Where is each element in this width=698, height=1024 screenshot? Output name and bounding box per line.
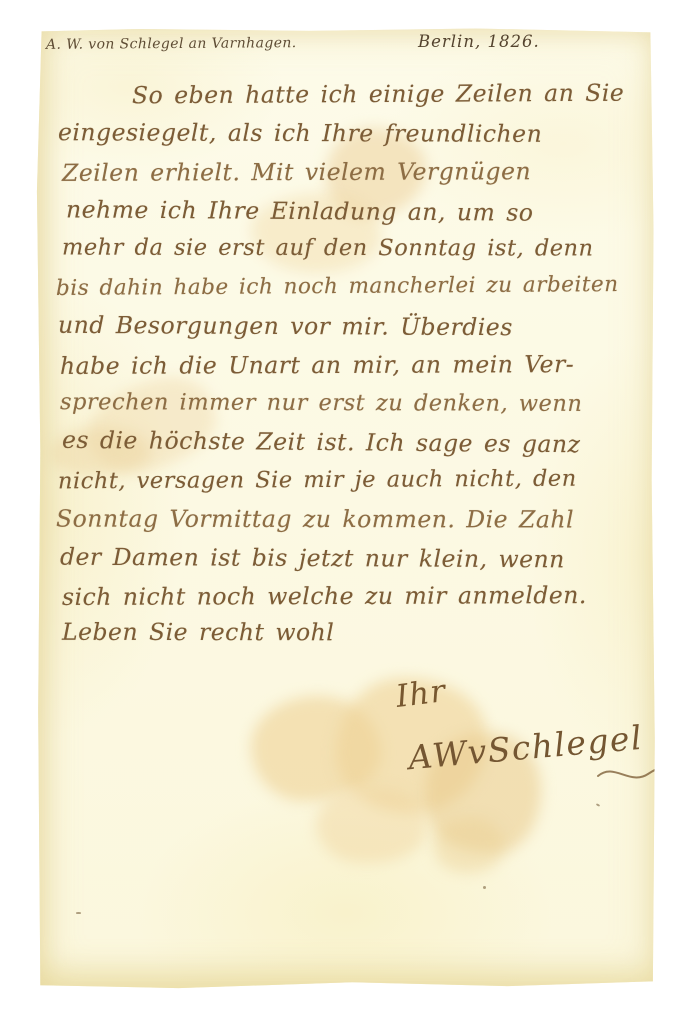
body-line: Sonntag Vormittag zu kommen. Die Zahl [56,505,574,534]
stain-blob [434,818,504,873]
body-line: mehr da sie erst auf den Sonntag ist, de… [62,235,594,262]
body-line: nicht, versagen Sie mir je auch nicht, d… [58,466,577,495]
body-line: nehme ich Ihre Einladung an, um so [66,195,534,226]
body-line: Zeilen erhielt. Mit vielem Vergnügen [62,157,531,187]
body-line: So eben hatte ich einige Zeilen an Sie [132,79,624,110]
body-line: bis dahin habe ich noch mancherlei zu ar… [56,272,619,301]
paper-speck [76,912,81,914]
letter-scan: A. W. von Schlegel an Varnhagen. Berlin,… [0,0,698,1024]
paper-speck [596,803,600,807]
valediction: Ihr [394,673,448,715]
paper-speck [483,886,486,889]
body-line: sich nicht noch welche zu mir anmelden. [62,581,587,611]
body-line: eingesiegelt, als ich Ihre freundlichen [58,118,542,148]
body-line: habe ich die Unart an mir, an mein Ver- [60,350,574,380]
letter-page: A. W. von Schlegel an Varnhagen. Berlin,… [36,28,656,990]
body-line: der Damen ist bis jetzt nur klein, wenn [60,543,565,574]
body-line: sprechen immer nur erst zu denken, wenn [60,389,582,417]
body-line: es die höchste Zeit ist. Ich sage es gan… [62,426,581,459]
body-line: und Besorgungen vor mir. Überdies [58,311,513,341]
archival-note: A. W. von Schlegel an Varnhagen. [46,35,297,53]
stain-blob [316,788,426,863]
signature-flourish [596,758,682,792]
dateline: Berlin, 1826. [418,32,540,51]
body-line: Leben Sie recht wohl [62,618,334,646]
stain-blob [251,696,381,801]
